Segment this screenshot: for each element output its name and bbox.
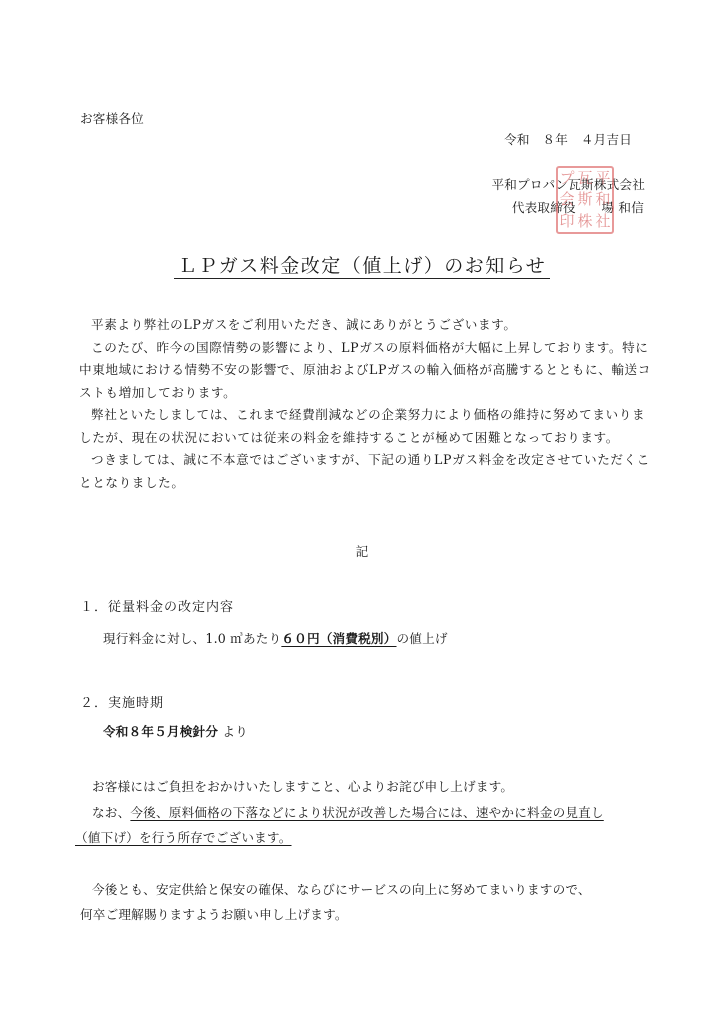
price-increase-amount: ６０円（消費税別） — [281, 631, 396, 646]
note-underlined-2: （値下げ）を行う所存でございます。 — [75, 830, 292, 845]
sender-company: 平和プロパン瓦斯株式会社 — [491, 177, 645, 193]
section1-body: 現行料金に対し、1.0 ㎥あたり６０円（消費税別）の値上げ — [103, 631, 448, 647]
seal-char: 印 — [558, 214, 576, 229]
section2-heading: ２．実施時期 — [80, 692, 164, 711]
section2-suffix: より — [218, 724, 248, 739]
note-prefix: なお、 — [92, 805, 130, 820]
section2-body: 令和８年５月検針分 より — [103, 724, 248, 740]
body-paragraph: つきましては、誠に不本意ではございますが、下記の通りLPガス料金を改定させていた… — [79, 449, 651, 494]
body-paragraph: 平素より弊社のLPガスをご利用いただき、誠にありがとうございます。 — [79, 314, 651, 337]
body-paragraph: このたび、昨今の国際情勢の影響により、LPガスの原料価格が大幅に上昇しております… — [79, 337, 651, 405]
seal-char: 社 — [594, 214, 612, 229]
closing-line-2: 何卒ご理解賜りますようお願い申し上げます。 — [80, 907, 348, 923]
body-paragraph: 弊社といたしましては、これまで経費削減などの企業努力により価格の維持に努めてまい… — [79, 404, 651, 449]
apology-text: お客様にはご負担をおかけいたしますこと、心よりお詫び申し上げます。 — [92, 779, 513, 795]
section1-prefix: 現行料金に対し、1.0 ㎥あたり — [103, 631, 281, 646]
ki-heading: 記 — [0, 544, 724, 560]
document-title: ＬＰガス料金改定（値上げ）のお知らせ — [0, 251, 724, 278]
body-paragraphs: 平素より弊社のLPガスをご利用いただき、誠にありがとうございます。 このたび、昨… — [79, 314, 651, 494]
effective-period: 令和８年５月検針分 — [103, 724, 218, 739]
section1-suffix: の値上げ — [397, 631, 448, 646]
note-line-2: （値下げ）を行う所存でございます。 — [75, 830, 292, 846]
addressee: お客様各位 — [80, 111, 144, 127]
note-underlined-1: 今後、原料価格の下落などにより状況が改善した場合には、速やかに料金の見直し — [130, 805, 603, 820]
note-line-1: なお、今後、原料価格の下落などにより状況が改善した場合には、速やかに料金の見直し — [92, 805, 604, 821]
document-title-text: ＬＰガス料金改定（値上げ）のお知らせ — [174, 255, 550, 279]
section1-heading: １．従量料金の改定内容 — [80, 596, 234, 615]
closing-line-1: 今後とも、安定供給と保安の確保、ならびにサービスの向上に努めてまいりますので、 — [92, 882, 591, 898]
issue-date: 令和 ８年 ４月吉日 — [504, 132, 632, 148]
sender-representative: 代表取締役 場 和信 — [512, 200, 644, 216]
letter-page: お客様各位 令和 ８年 ４月吉日 平和プロパン瓦斯株式会社 代表取締役 場 和信… — [0, 0, 724, 1024]
seal-char: 株 — [576, 214, 594, 229]
